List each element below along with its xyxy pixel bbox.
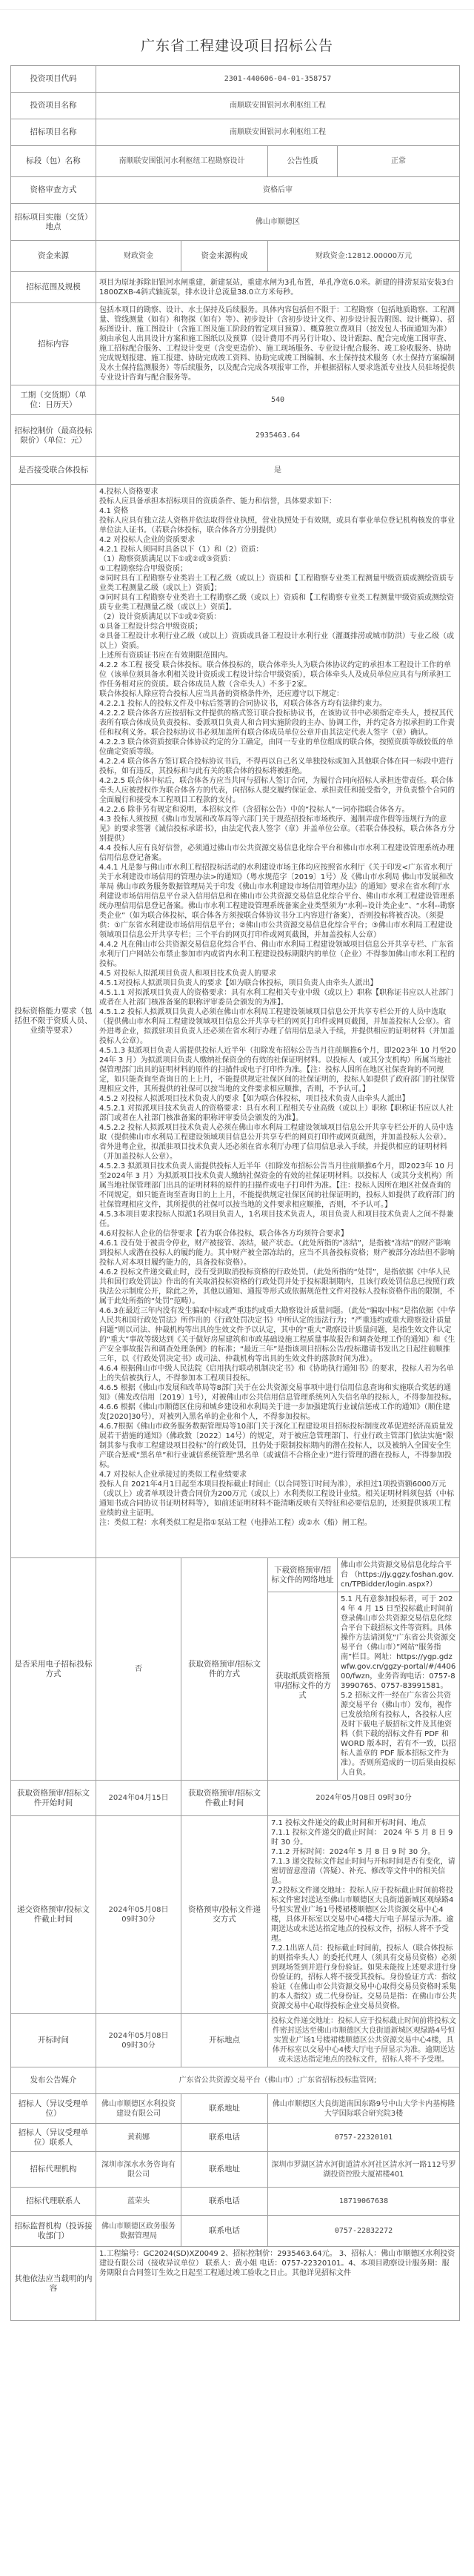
row-tenderer: 招标人（异议受理单位） 佛山市顺德区水利投资建设有限公司 联系地址 佛山市顺德区… (11, 2094, 460, 2124)
page-title: 广东省工程建设项目招标公告 (0, 35, 474, 55)
value-project-name: 南顺联安围银河水利枢纽工程 (96, 93, 460, 119)
value-funding-composition: 财政资金:12812.00000万元 (268, 241, 460, 272)
label-paper-method: 获取纸质资格预审/招标文件的方式 (268, 1592, 338, 1781)
label-opening-time: 开标时间 (11, 2014, 96, 2067)
value-agency-phone: 18719067638 (268, 2188, 460, 2216)
label-scope: 招标范围及规模 (11, 272, 96, 303)
value-tenderer: 佛山市顺德区水利投资建设有限公司 (96, 2094, 181, 2124)
row-content: 招标内容 包括本项目的勘察、设计、水土保持及后续服务。具体内容包括但不限于：工程… (11, 303, 460, 385)
top-bar (0, 0, 474, 10)
value-download-url[interactable]: 佛山市公共资源交易信息化综合平台 （https://jy.ggzy.foshan… (338, 1558, 460, 1592)
label-notice-nature: 公告性质 (268, 146, 338, 177)
label-submit-method: 资格预审/投标文件递交方式 (181, 1816, 268, 2014)
value-tenderer-address: 佛山市顺德区大良街道南国东路9号中山大学卡内基梅隆大学国际联合研究院3楼 (268, 2094, 460, 2124)
value-opening-time: 2024年05月08日 09时30分 (96, 2014, 181, 2067)
value-submit-method: 7.1 投标文件递交的截止时间和开标时间、地点 7.1.1 投标文件递交的截止时… (268, 1816, 460, 2014)
label-obtain-start: 获取资格预审/招标文件开始时间 (11, 1781, 96, 1816)
label-section-name: 标段（包）名称 (11, 146, 96, 177)
value-media: 广东省公共资源交易平台（佛山市）;广东省招标投标监管网; (96, 2067, 460, 2094)
label-agency-phone: 联系电话 (181, 2188, 268, 2216)
row-tender-project-name: 招标项目名称 南顺联安围银河水利枢纽工程 (11, 119, 460, 146)
row-project-name: 投资项目名称 南顺联安围银河水利枢纽工程 (11, 93, 460, 119)
row-tenderer-contact: 招标人（异议受理单位）联系人 黄莉娜 联系电话 0757-22320101 (11, 2124, 460, 2152)
row-scope: 招标范围及规模 项目为原址拆除旧银河水闸重建，新建泵站，重建水闸为3孔布置，单孔… (11, 272, 460, 303)
row-agency: 招标代理机构 深圳市深水水务咨询有限公司 联系地址 深圳市罗湖区清水河街道清水河… (11, 2152, 460, 2188)
row-electronic-download: 是否采用电子招标投标方式 否 获取资格预审/招标文件的方式 下载资格预审/招标文… (11, 1558, 460, 1592)
label-tenderer-phone: 联系电话 (181, 2124, 268, 2152)
row-consortium: 是否接受联合体投标 是 (11, 457, 460, 485)
value-other: 1.工程编号：GC2024(SD)XZ0049 2、招标控制价：2935463.… (96, 2247, 460, 2321)
row-control-price: 招标控制价（最高投标限价）（单位：元） 2935463.64 (11, 415, 460, 457)
value-funding-source: 财政资金 (96, 241, 181, 272)
label-qualification-review: 资格审查方式 (11, 177, 96, 204)
label-tender-project-name: 招标项目名称 (11, 119, 96, 146)
label-tenderer: 招标人（异议受理单位） (11, 2094, 96, 2124)
label-supervisor: 招标监督机构（投诉接收部门） (11, 2216, 96, 2247)
value-tender-project-name: 南顺联安围银河水利枢纽工程 (96, 119, 460, 146)
label-location: 招标项目实施（交货）地点 (11, 204, 96, 241)
label-agency-contact: 招标代理联系人 (11, 2188, 96, 2216)
label-qualification: 投标资格能力要求（包括但不限于资质人员、业绩等要求） (11, 485, 96, 1558)
label-obtain-method: 获取资格预审/招标文件的方式 (181, 1558, 268, 1781)
label-project-code: 投资项目代码 (11, 66, 96, 93)
value-obtain-end: 2024年05月08日 09时30分 (268, 1781, 460, 1816)
row-agency-contact: 招标代理联系人 蓝荣头 联系电话 18719067638 (11, 2188, 460, 2216)
value-duration: 540 (96, 385, 460, 415)
notice-table: 投资项目代码 2301-440606-04-01-358757 投资项目名称 南… (10, 65, 460, 2321)
label-download-url: 下载资格预审/招标文件的网络地址 (268, 1558, 338, 1592)
label-duration: 工期（交货期）（单位：日历天） (11, 385, 96, 415)
value-scope: 项目为原址拆除旧银河水闸重建，新建泵站，重建水闸为3孔布置，单孔净宽6.0米。新… (96, 272, 460, 303)
label-content: 招标内容 (11, 303, 96, 385)
row-funding: 资金来源 财政资金 资金来源构成 财政资金:12812.00000万元 (11, 241, 460, 272)
value-content: 包括本项目的勘察、设计、水土保持及后续服务。具体内容包括但不限于：工程勘察（包括… (96, 303, 460, 385)
value-qualification: 4.投标人资格要求 投标人应具备承担本招标项目的资质条件、能力和信誉，具体要求如… (96, 485, 460, 1558)
row-qualification-review: 资格审查方式 资格后审 (11, 177, 460, 204)
label-funding-source: 资金来源 (11, 241, 96, 272)
label-submit-deadline: 递交资格预审/投标文件截止时间 (11, 1816, 96, 2014)
row-obtain-time: 获取资格预审/招标文件开始时间 2024年04月15日 获取资格预审/招标文件截… (11, 1781, 460, 1816)
value-submit-deadline: 2024年05月08日 09时30分 (96, 1816, 181, 2014)
label-other: 其他依法应当载明的内容 (11, 2247, 96, 2321)
value-supervisor: 佛山市顺德区政务服务数据管理局 (96, 2216, 181, 2247)
value-electronic: 否 (96, 1558, 181, 1781)
row-duration: 工期（交货期）（单位：日历天） 540 (11, 385, 460, 415)
label-consortium: 是否接受联合体投标 (11, 457, 96, 485)
label-funding-composition: 资金来源构成 (181, 241, 268, 272)
row-section-name: 标段（包）名称 南顺联安围银河水利枢纽工程勘察设计 公告性质 正常 (11, 146, 460, 177)
row-supervisor: 招标监督机构（投诉接收部门） 佛山市顺德区政务服务数据管理局 联系电话 0757… (11, 2216, 460, 2247)
value-obtain-start: 2024年04月15日 (96, 1781, 181, 1816)
value-agency-address: 深圳市罗湖区清水河街道清水河社区清水河一路112号罗湖投资控股大厦裙楼401 (268, 2152, 460, 2188)
row-location: 招标项目实施（交货）地点 佛山市顺德区 (11, 204, 460, 241)
label-obtain-end: 获取资格预审/招标文件截止时间 (181, 1781, 268, 1816)
value-opening-place: 投标文件递交地址：投标人应于投标截止时间前将投标文件密封送达至佛山市顺德区大良街… (268, 2014, 460, 2067)
row-qualification: 投标资格能力要求（包括但不限于资质人员、业绩等要求） 4.投标人资格要求 投标人… (11, 485, 460, 1558)
value-location: 佛山市顺德区 (96, 204, 460, 241)
label-control-price: 招标控制价（最高投标限价）（单位：元） (11, 415, 96, 457)
row-project-code: 投资项目代码 2301-440606-04-01-358757 (11, 66, 460, 93)
row-media: 发布公告媒介 广东省公共资源交易平台（佛山市）;广东省招标投标监管网; (11, 2067, 460, 2094)
value-qualification-review: 资格后审 (96, 177, 460, 204)
value-project-code: 2301-440606-04-01-358757 (96, 66, 460, 93)
row-opening: 开标时间 2024年05月08日 09时30分 开标地点 投标文件递交地址：投标… (11, 2014, 460, 2067)
value-section-name: 南顺联安围银河水利枢纽工程勘察设计 (96, 146, 268, 177)
row-other: 其他依法应当载明的内容 1.工程编号：GC2024(SD)XZ0049 2、招标… (11, 2247, 460, 2321)
value-notice-nature: 正常 (338, 146, 460, 177)
label-opening-place: 开标地点 (181, 2014, 268, 2067)
label-agency-address: 联系地址 (181, 2152, 268, 2188)
value-supervisor-phone: 0757-22832272 (268, 2216, 460, 2247)
value-tenderer-contact: 黄莉娜 (96, 2124, 181, 2152)
value-agency: 深圳市深水水务咨询有限公司 (96, 2152, 181, 2188)
label-tenderer-address: 联系地址 (181, 2094, 268, 2124)
label-tenderer-contact: 招标人（异议受理单位）联系人 (11, 2124, 96, 2152)
label-supervisor-phone: 联系电话 (181, 2216, 268, 2247)
label-project-name: 投资项目名称 (11, 93, 96, 119)
row-submit: 递交资格预审/投标文件截止时间 2024年05月08日 09时30分 资格预审/… (11, 1816, 460, 2014)
value-tenderer-phone: 0757-22320101 (268, 2124, 460, 2152)
value-paper-method: 5.1 凡有意参加投标者，可于 2024 年 4 月 15 日至投标截止时间前登… (338, 1592, 460, 1781)
value-agency-contact: 蓝荣头 (96, 2188, 181, 2216)
label-electronic: 是否采用电子招标投标方式 (11, 1558, 96, 1781)
label-media: 发布公告媒介 (11, 2067, 96, 2094)
value-control-price: 2935463.64 (96, 415, 460, 457)
value-consortium: 是 (96, 457, 460, 485)
label-agency: 招标代理机构 (11, 2152, 96, 2188)
